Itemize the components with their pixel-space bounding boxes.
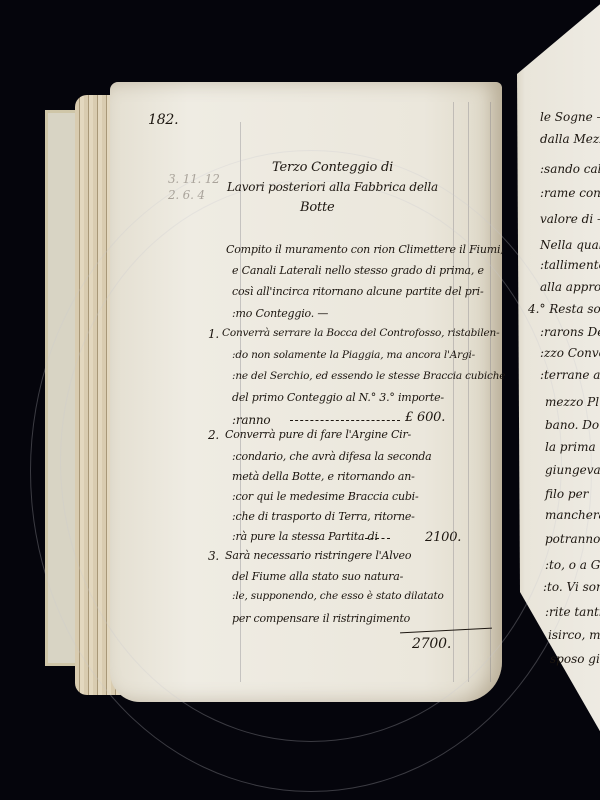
right-page-text: :zzo Conven [540,346,600,360]
intro-line: Compito il muramento con rion Climettere… [226,243,504,256]
right-page-text: alla approvi [540,280,600,294]
item-line: Converrà pure di fare l'Argine Cir- [225,428,411,441]
right-page-text: filo per [545,487,588,501]
dash-leader [365,538,390,539]
right-page-text: :rame confi [540,186,600,200]
item-line: del Fiume alla stato suo natura- [232,570,403,583]
right-page-text: :tallimento [540,258,600,272]
item-line: :do non solamente la Piaggia, ma ancora … [232,349,475,361]
total-amount: 2700. [412,636,451,652]
item-line: :rà pure la stessa Partita di [232,530,378,543]
item-line: :cor qui le medesime Braccia cubi- [232,490,419,503]
item-line: :che di trasporto di Terra, ritorne- [232,510,415,523]
dash-leader [290,420,400,421]
right-page-text: :terrane a [540,368,600,382]
item-amount: £ 600. [405,410,445,425]
item-number: 3. [208,549,219,563]
ruled-column-line [468,102,469,682]
right-page-text: :rarons De [540,325,600,339]
right-page-text: :rite tanti [545,605,600,619]
ruled-column-line [490,102,491,682]
right-page-text: isirco, ma [548,628,600,642]
right-page-text: le Sogne — [540,110,600,124]
heading-line: Lavori posteriori alla Fabbrica della [227,180,438,194]
right-page-text: la prima [545,440,596,454]
right-page-text: dalla Mezza [540,132,600,146]
item-line: :ranno [232,413,270,427]
right-page-text: mezzo Pl [545,395,599,409]
item-line: per compensare il ristringimento [232,612,410,625]
right-page-text: mancherà [545,508,600,522]
item-line: del primo Conteggio al N.° 3.° importe- [232,391,444,404]
intro-line: così all'incirca ritornano alcune partit… [232,285,483,298]
item-line: Sarà necessario ristringere l'Alveo [225,549,411,562]
right-page-text: bano. Do [545,418,599,432]
margin-note: 3. 11. 12 [168,172,220,186]
right-page-text: :to. Vi son [543,580,600,594]
right-page-text: valore di — [540,212,600,226]
right-page-text: sposo giu [550,652,600,666]
right-page-text: Nella quale [540,238,600,252]
item-number: 2. [208,428,219,442]
right-page-text: :sando calco [540,162,600,176]
margin-note: 2. 6. 4 [168,188,205,202]
intro-line: :mo Conteggio. — [232,307,328,320]
item-number: 1. [208,327,219,341]
ruled-column-line [453,102,454,682]
right-page-text: giungeva [545,463,600,477]
item-line: :ne del Serchio, ed essendo le stesse Br… [232,370,505,382]
right-page-text: :to, o a G [545,558,600,572]
item-line: metà della Botte, e ritornando an- [232,470,415,483]
right-page-text: 4.° Resta son'a [528,302,600,316]
heading-line: Terzo Conteggio di [272,160,393,175]
heading-line: Botte [300,200,335,215]
right-page-text: potranno [545,532,600,546]
item-amount: 2100. [425,530,461,545]
item-line: :le, supponendo, che esso è stato dilata… [232,590,444,602]
folio-number: 182. [148,112,178,128]
item-line: :condario, che avrà difesa la seconda [232,450,432,463]
intro-line: e Canali Laterali nello stesso grado di … [232,264,484,277]
item-line: Converrà serrare la Bocca del Controfoss… [222,327,499,339]
